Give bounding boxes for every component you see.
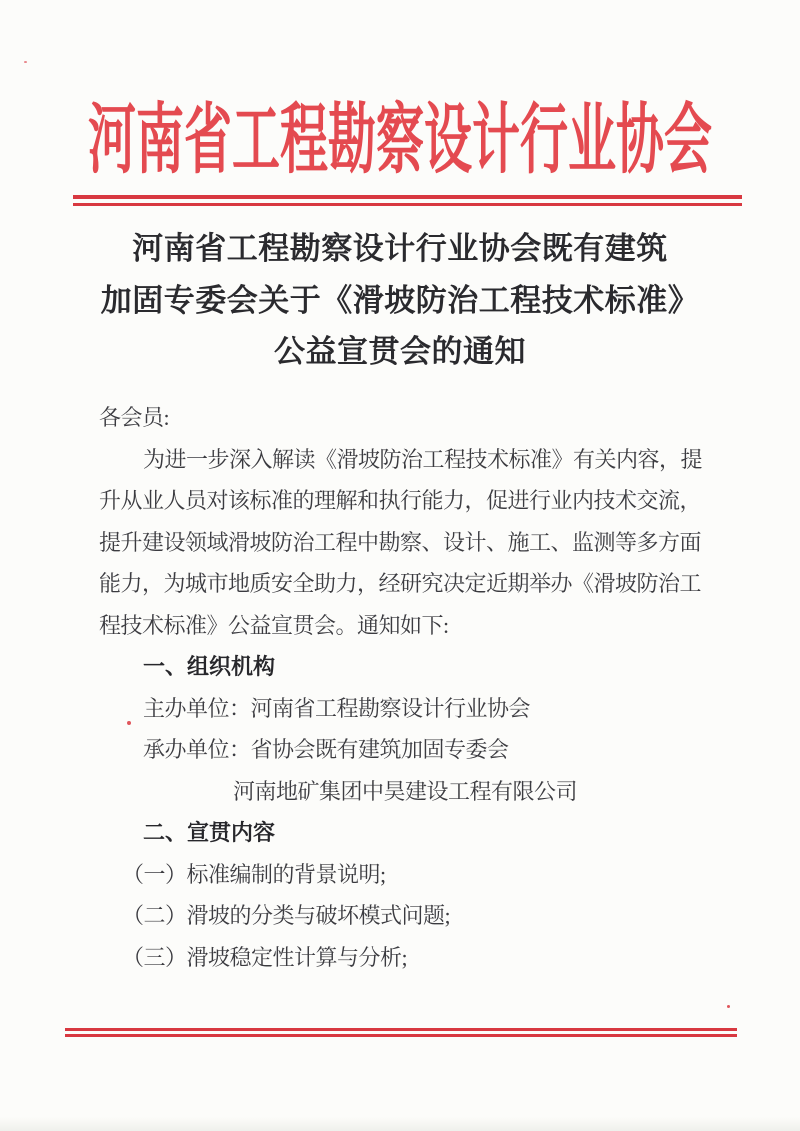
host-unit-line: 主办单位：河南省工程勘察设计行业协会 (99, 688, 719, 730)
intro-line-2: 升从业人员对该标准的理解和执行能力，促进行业内技术交流， (99, 480, 719, 522)
notice-title: 河南省工程勘察设计行业协会既有建筑 加固专委会关于《滑坡防治工程技术标准》 公益… (0, 223, 800, 378)
salutation: 各会员: (99, 397, 719, 439)
letterhead-org-name: 河南省工程勘察设计行业协会 (20, 78, 780, 206)
scan-speck (127, 721, 131, 725)
notice-title-line-3: 公益宣贯会的通知 (0, 326, 800, 378)
organizer-unit-line-2: 河南地矿集团中昊建设工程有限公司 (99, 771, 719, 813)
organizer-unit-line: 承办单位：省协会既有建筑加固专委会 (99, 729, 719, 771)
content-item-3: （三）滑坡稳定性计算与分析; (99, 937, 719, 979)
letterhead-rule-thin (73, 203, 742, 206)
scan-edge-shadow (0, 1117, 800, 1131)
scan-speck (727, 1005, 730, 1008)
notice-title-line-2: 加固专委会关于《滑坡防治工程技术标准》 (0, 275, 800, 327)
intro-line-3: 提升建设领域滑坡防治工程中勘察、设计、施工、监测等多方面 (99, 522, 719, 564)
scanned-notice-page: 河南省工程勘察设计行业协会 河南省工程勘察设计行业协会既有建筑 加固专委会关于《… (0, 0, 800, 1131)
section-2-heading: 二、宣贯内容 (99, 812, 719, 854)
intro-line-1: 为进一步深入解读《滑坡防治工程技术标准》有关内容，提 (99, 439, 719, 481)
notice-title-line-1: 河南省工程勘察设计行业协会既有建筑 (0, 223, 800, 275)
footer-rule-thick (65, 1034, 737, 1038)
letterhead-rule-thick (73, 195, 742, 199)
footer-rule-thin (65, 1028, 737, 1031)
notice-body: 各会员: 为进一步深入解读《滑坡防治工程技术标准》有关内容，提 升从业人员对该标… (99, 397, 719, 978)
intro-line-4: 能力，为城市地质安全助力，经研究决定近期举办《滑坡防治工 (99, 563, 719, 605)
content-item-1: （一）标准编制的背景说明; (99, 854, 719, 896)
section-1-heading: 一、组织机构 (99, 646, 719, 688)
scan-speck (24, 61, 27, 63)
content-item-2: （二）滑坡的分类与破坏模式问题; (99, 895, 719, 937)
intro-line-5: 程技术标准》公益宣贯会。通知如下: (99, 605, 719, 647)
